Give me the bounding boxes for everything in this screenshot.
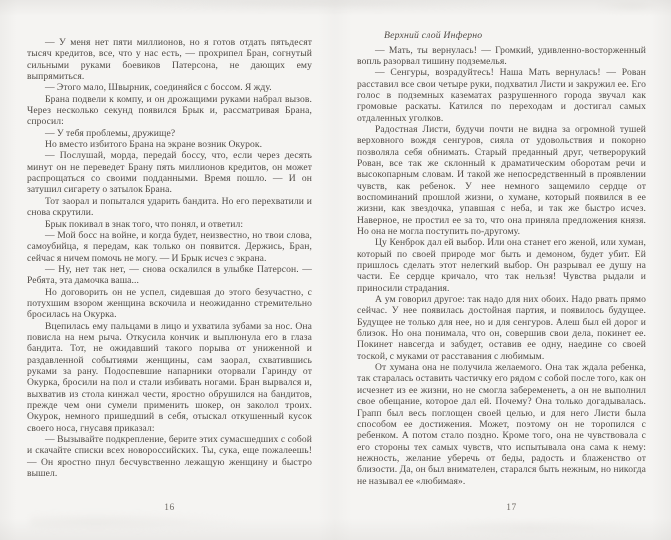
book-scan: { "colors": { "paper": "#f5f4f2", "ink":…	[0, 0, 671, 540]
paragraph: А ум говорил другое: так надо для них об…	[357, 294, 646, 362]
paragraph: Но вместо избитого Брана на экране возни…	[27, 139, 312, 150]
scan-smudge-bottom-right	[420, 520, 640, 536]
paragraph: — Ну, нет так нет, — снова оскалился в у…	[27, 264, 312, 287]
scan-smudge-top-right	[596, 2, 656, 12]
paragraph: — У тебя проблемы, дружище?	[27, 128, 312, 139]
paragraph: — У меня нет пяти миллионов, но я готов …	[27, 37, 312, 82]
scan-smudge-top-center	[150, 0, 490, 9]
paragraph: От хумана она не получила желаемого. Она…	[357, 362, 646, 487]
paragraph: Тот заорал и попытался ударить бандита. …	[27, 196, 312, 219]
paragraph: — Мать, ты вернулась! — Громкий, удивлен…	[357, 45, 646, 68]
left-page-text-block: — У меня нет пяти миллионов, но я готов …	[27, 37, 312, 479]
paragraph: Радостная Листи, будучи почти не видна з…	[357, 124, 646, 237]
page-number-left: 16	[27, 503, 312, 513]
running-header: Верхний слой Инферно	[384, 30, 646, 41]
paragraph: — Мой босс на войне, и когда будет, неиз…	[27, 230, 312, 264]
scan-smudge-bottom-left	[30, 512, 250, 532]
paragraph: Но договорить он не успел, сидевшая до э…	[27, 287, 312, 321]
paragraph: Цу Кенброк дал ей выбор. Или она станет …	[357, 237, 646, 294]
paragraph: — Вызывайте подкрепление, берите этих су…	[27, 434, 312, 479]
paragraph: Брык покивал в знак того, что понял, и о…	[27, 219, 312, 230]
paragraph: — Послушай, морда, передай боссу, что, е…	[27, 150, 312, 195]
page-number-right: 17	[367, 503, 656, 513]
paragraph: — Сенгуры, возрадуйтесь! Наша Мать верну…	[357, 67, 646, 124]
page-gutter-shadow	[318, 0, 352, 540]
paragraph: Брана подвели к компу, и он дрожащими ру…	[27, 94, 312, 128]
paragraph: — Этого мало, Швырник, соединяйся с босс…	[27, 82, 312, 93]
right-page-text-block: Верхний слой Инферно — Мать, ты вернулас…	[357, 30, 646, 487]
paragraph: Вцепилась ему пальцами в лицо и ухватила…	[27, 321, 312, 434]
